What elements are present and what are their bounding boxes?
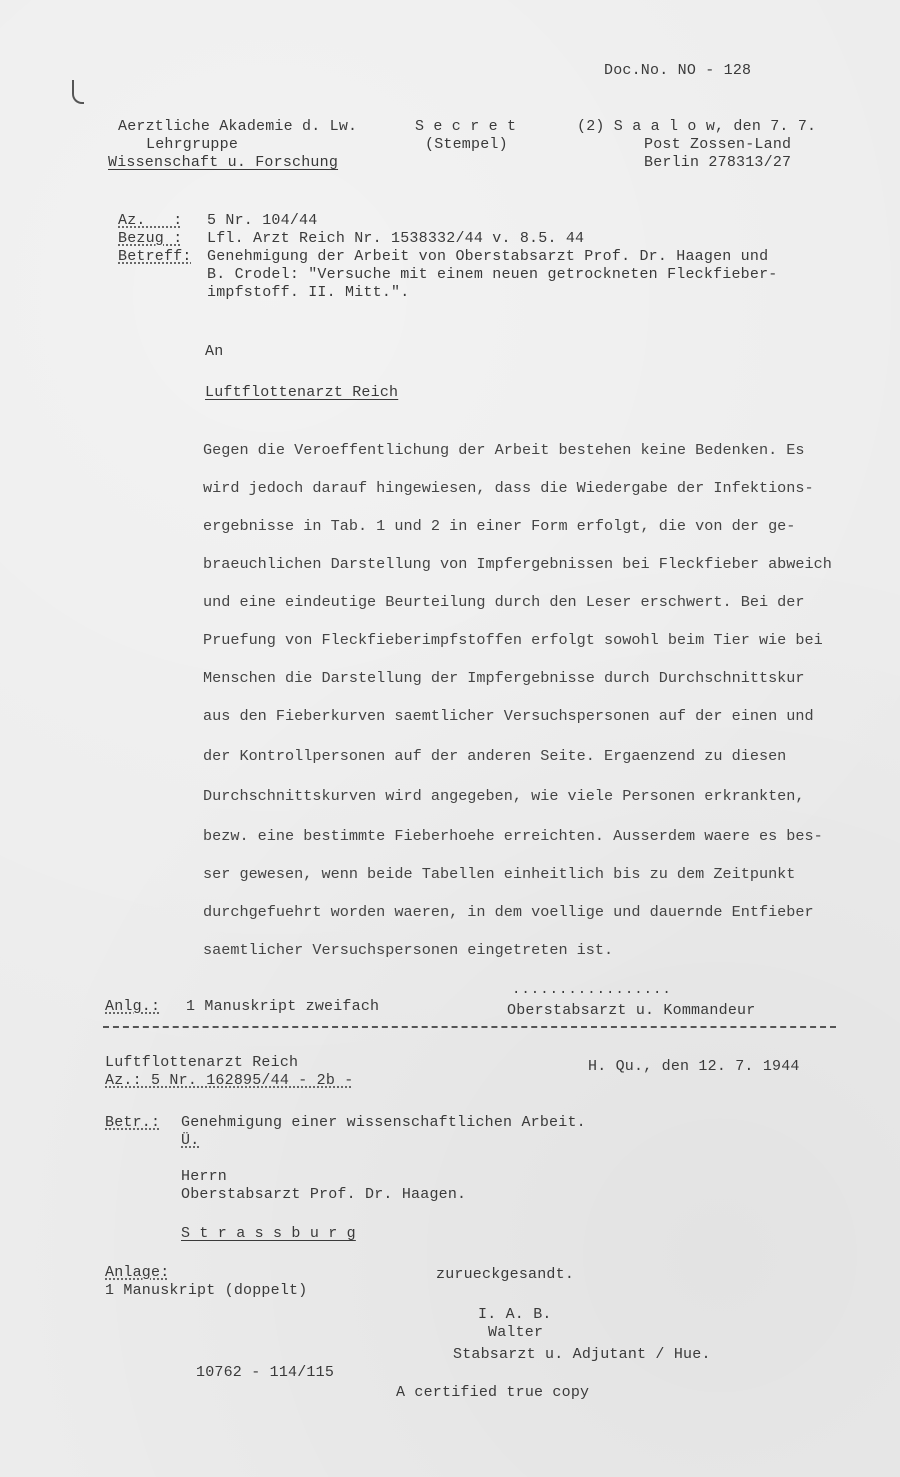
body-line: ergebnisse in Tab. 1 und 2 in einer Form… <box>203 518 795 535</box>
body-line: durchgefuehrt worden waeren, in dem voel… <box>203 904 814 921</box>
stamp-note: (Stempel) <box>425 136 508 153</box>
recipient-name: Luftflottenarzt Reich <box>205 384 398 401</box>
header-left-line2: Lehrgruppe <box>146 136 238 153</box>
header-post: Post Zossen-Land <box>644 136 791 153</box>
bezug-label: Bezug : <box>118 230 182 247</box>
body-line: ser gewesen, wenn beide Tabellen einheit… <box>203 866 795 883</box>
archive-ref-number: 10762 - 114/115 <box>196 1364 334 1381</box>
betreff-line3: impfstoff. II. Mitt.". <box>207 284 409 301</box>
signoff-ia: I. A. B. <box>478 1306 552 1323</box>
body-line: bezw. eine bestimmte Fieberhoehe erreich… <box>203 828 823 845</box>
signature-dots: ................. <box>512 982 672 999</box>
section-divider <box>103 1026 836 1028</box>
betreff-line1: Genehmigung der Arbeit von Oberstabsarzt… <box>207 248 768 265</box>
addressee-city: S t r a s s b u r g <box>181 1225 356 1242</box>
body-line: aus den Fieberkurven saemtlicher Versuch… <box>203 708 814 725</box>
reply-az: Az.: 5 Nr. 162895/44 - 2b - <box>105 1072 353 1089</box>
addressee-line2: Oberstabsarzt Prof. Dr. Haagen. <box>181 1186 466 1203</box>
body-line: der Kontrollpersonen auf der anderen Sei… <box>203 748 786 765</box>
body-line: Durchschnittskurven wird angegeben, wie … <box>203 788 805 805</box>
anlage-value: 1 Manuskript (doppelt) <box>105 1282 307 1299</box>
signature-title: Oberstabsarzt u. Kommandeur <box>507 1002 755 1019</box>
signoff-title: Stabsarzt u. Adjutant / Hue. <box>453 1346 711 1363</box>
recipient-prefix: An <box>205 343 223 360</box>
body-line: wird jedoch darauf hingewiesen, dass die… <box>203 480 814 497</box>
reply-u-mark: Ü. <box>181 1132 199 1149</box>
body-line: Menschen die Darstellung der Impfergebni… <box>203 670 805 687</box>
body-line: und eine eindeutige Beurteilung durch de… <box>203 594 805 611</box>
bezug-value: Lfl. Arzt Reich Nr. 1538332/44 v. 8.5. 4… <box>207 230 584 247</box>
reply-place-date: H. Qu., den 12. 7. 1944 <box>588 1058 800 1075</box>
certified-copy-note: A certified true copy <box>396 1384 589 1401</box>
margin-mark <box>72 80 84 104</box>
body-line: Pruefung von Fleckfieberimpfstoffen erfo… <box>203 632 823 649</box>
header-left-line1: Aerztliche Akademie d. Lw. <box>118 118 357 135</box>
body-line: saemtlicher Versuchspersonen eingetreten… <box>203 942 613 959</box>
reply-sender: Luftflottenarzt Reich <box>105 1054 298 1071</box>
header-left-line3: Wissenschaft u. Forschung <box>108 154 338 171</box>
az-label: Az. : <box>118 212 182 229</box>
secret-stamp: S e c r e t <box>415 118 516 135</box>
addressee-line1: Herrn <box>181 1168 227 1185</box>
body-line: braeuchlichen Darstellung von Impfergebn… <box>203 556 832 573</box>
reply-betr-label: Betr.: <box>105 1114 160 1131</box>
enclosure-label: Anlg.: <box>105 998 160 1015</box>
anlage-label: Anlage: <box>105 1264 169 1281</box>
enclosure-value: 1 Manuskript zweifach <box>186 998 379 1015</box>
reply-betr-value: Genehmigung einer wissenschaftlichen Arb… <box>181 1114 586 1131</box>
doc-number: Doc.No. NO - 128 <box>604 62 751 79</box>
header-phone: Berlin 278313/27 <box>644 154 791 171</box>
signoff-name: Walter <box>488 1324 543 1341</box>
betreff-label: Betreff: <box>118 248 192 265</box>
header-place-date: (2) S a a l o w, den 7. 7. <box>577 118 816 135</box>
body-line: Gegen die Veroeffentlichung der Arbeit b… <box>203 442 805 459</box>
returned-note: zurueckgesandt. <box>436 1266 574 1283</box>
betreff-line2: B. Crodel: "Versuche mit einem neuen get… <box>207 266 778 283</box>
az-value: 5 Nr. 104/44 <box>207 212 317 229</box>
